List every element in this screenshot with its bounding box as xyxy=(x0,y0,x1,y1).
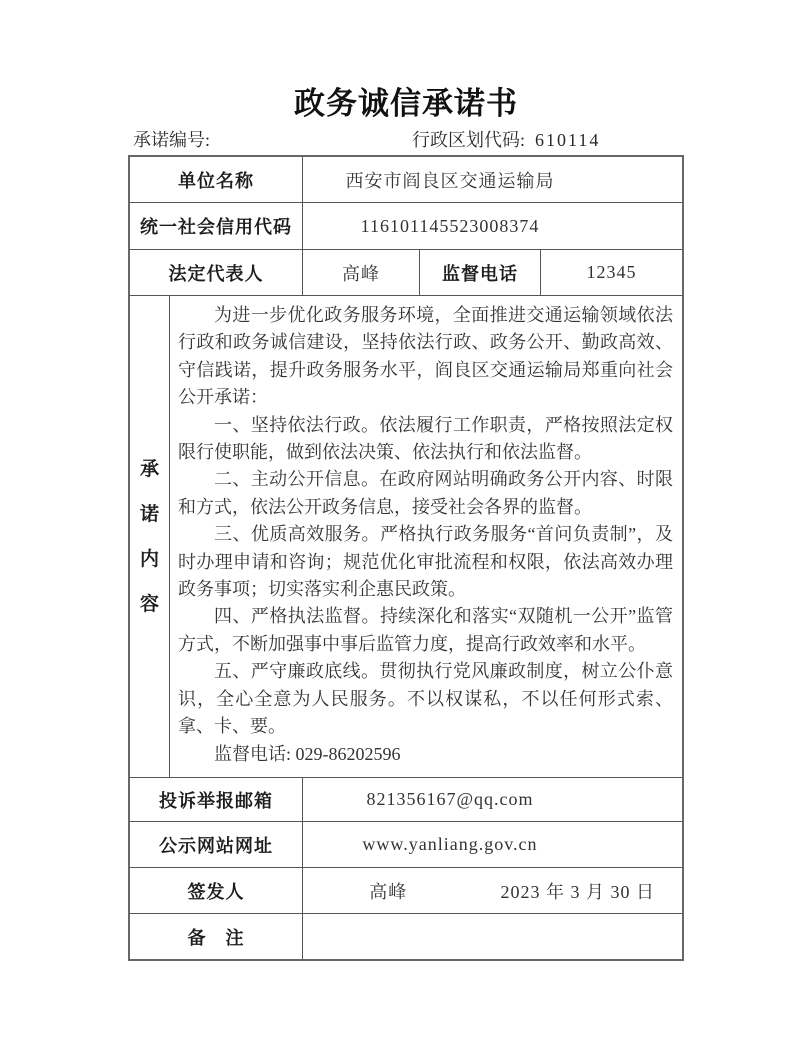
commitment-content-label: 承 诺 内 容 xyxy=(130,296,169,777)
commitment-supervision-phone: 监督电话: 029-86202596 xyxy=(178,741,673,768)
issue-date: 2023 年 3 月 30 日 xyxy=(474,878,682,904)
commitment-label-char: 容 xyxy=(140,582,159,627)
legal-rep-label: 法定代表人 xyxy=(130,250,302,295)
commitment-paragraph: 二、主动公开信息。在政府网站明确政务公开内容、时限和方式，依法公开政务信息，接受… xyxy=(178,466,673,521)
table-row-issuer: 签发人 高峰 2023 年 3 月 30 日 xyxy=(130,867,682,913)
document-page: 政务诚信承诺书 承诺编号: 行政区划代码:610114 单位名称 西安市阎良区交… xyxy=(0,0,800,1042)
unit-name-label: 单位名称 xyxy=(130,157,302,202)
remark-value xyxy=(302,914,682,959)
table-row-commitment-content: 承 诺 内 容 为进一步优化政务服务环境，全面推进交通运输领域依法行政和政务诚信… xyxy=(130,295,682,777)
legal-rep-value: 高峰 xyxy=(302,250,419,295)
credit-code-value: 116101145523008374 xyxy=(302,203,682,249)
division-code: 行政区划代码:610114 xyxy=(412,126,600,152)
issuer-value-cell: 高峰 2023 年 3 月 30 日 xyxy=(302,868,682,913)
table-row-remark: 备 注 xyxy=(130,913,682,959)
table-row-legal-rep: 法定代表人 高峰 监督电话 12345 xyxy=(130,249,682,295)
division-code-value: 610114 xyxy=(535,130,600,150)
remark-label: 备 注 xyxy=(130,914,302,959)
complaint-email-label: 投诉举报邮箱 xyxy=(130,778,302,821)
table-row-complaint-email: 投诉举报邮箱 821356167@qq.com xyxy=(130,777,682,821)
table-row-unit-name: 单位名称 西安市阎良区交通运输局 xyxy=(130,157,682,202)
commitment-paragraph: 为进一步优化政务服务环境，全面推进交通运输领域依法行政和政务诚信建设，坚持依法行… xyxy=(178,302,673,412)
issuer-label: 签发人 xyxy=(130,868,302,913)
commitment-content-text: 为进一步优化政务服务环境，全面推进交通运输领域依法行政和政务诚信建设，坚持依法行… xyxy=(169,296,682,777)
document-title: 政务诚信承诺书 xyxy=(128,78,684,123)
table-row-credit-code: 统一社会信用代码 116101145523008374 xyxy=(130,202,682,249)
credit-code-label: 统一社会信用代码 xyxy=(130,203,302,249)
issuer-name: 高峰 xyxy=(303,878,474,904)
unit-name-value: 西安市阎良区交通运输局 xyxy=(302,157,682,202)
supervision-phone-label: 监督电话 xyxy=(419,250,540,295)
commitment-paragraph: 一、坚持依法行政。依法履行工作职责，严格按照法定权限行使职能，做到依法决策、依法… xyxy=(178,412,673,467)
website-value: www.yanliang.gov.cn xyxy=(302,822,682,867)
commitment-paragraph: 三、优质高效服务。严格执行政务服务“首问负责制”，及时办理申请和咨询；规范优化审… xyxy=(178,521,673,603)
website-label: 公示网站网址 xyxy=(130,822,302,867)
complaint-email-value: 821356167@qq.com xyxy=(302,778,682,821)
commitment-label-char: 承 xyxy=(140,447,159,492)
table-row-website: 公示网站网址 www.yanliang.gov.cn xyxy=(130,821,682,867)
commitment-paragraph: 四、严格执法监督。持续深化和落实“双随机一公开”监管方式，不断加强事中事后监管力… xyxy=(178,603,673,658)
supervision-phone-value: 12345 xyxy=(540,250,682,295)
commitment-paragraph: 五、严守廉政底线。贯彻执行党风廉政制度，树立公仆意识，全心全意为人民服务。不以权… xyxy=(178,658,673,740)
commitment-number-label: 承诺编号: xyxy=(133,126,210,152)
division-code-label: 行政区划代码: xyxy=(412,130,525,150)
commitment-label-char: 内 xyxy=(140,537,159,582)
commitment-form-table: 单位名称 西安市阎良区交通运输局 统一社会信用代码 11610114552300… xyxy=(128,155,684,961)
commitment-label-char: 诺 xyxy=(140,492,159,537)
